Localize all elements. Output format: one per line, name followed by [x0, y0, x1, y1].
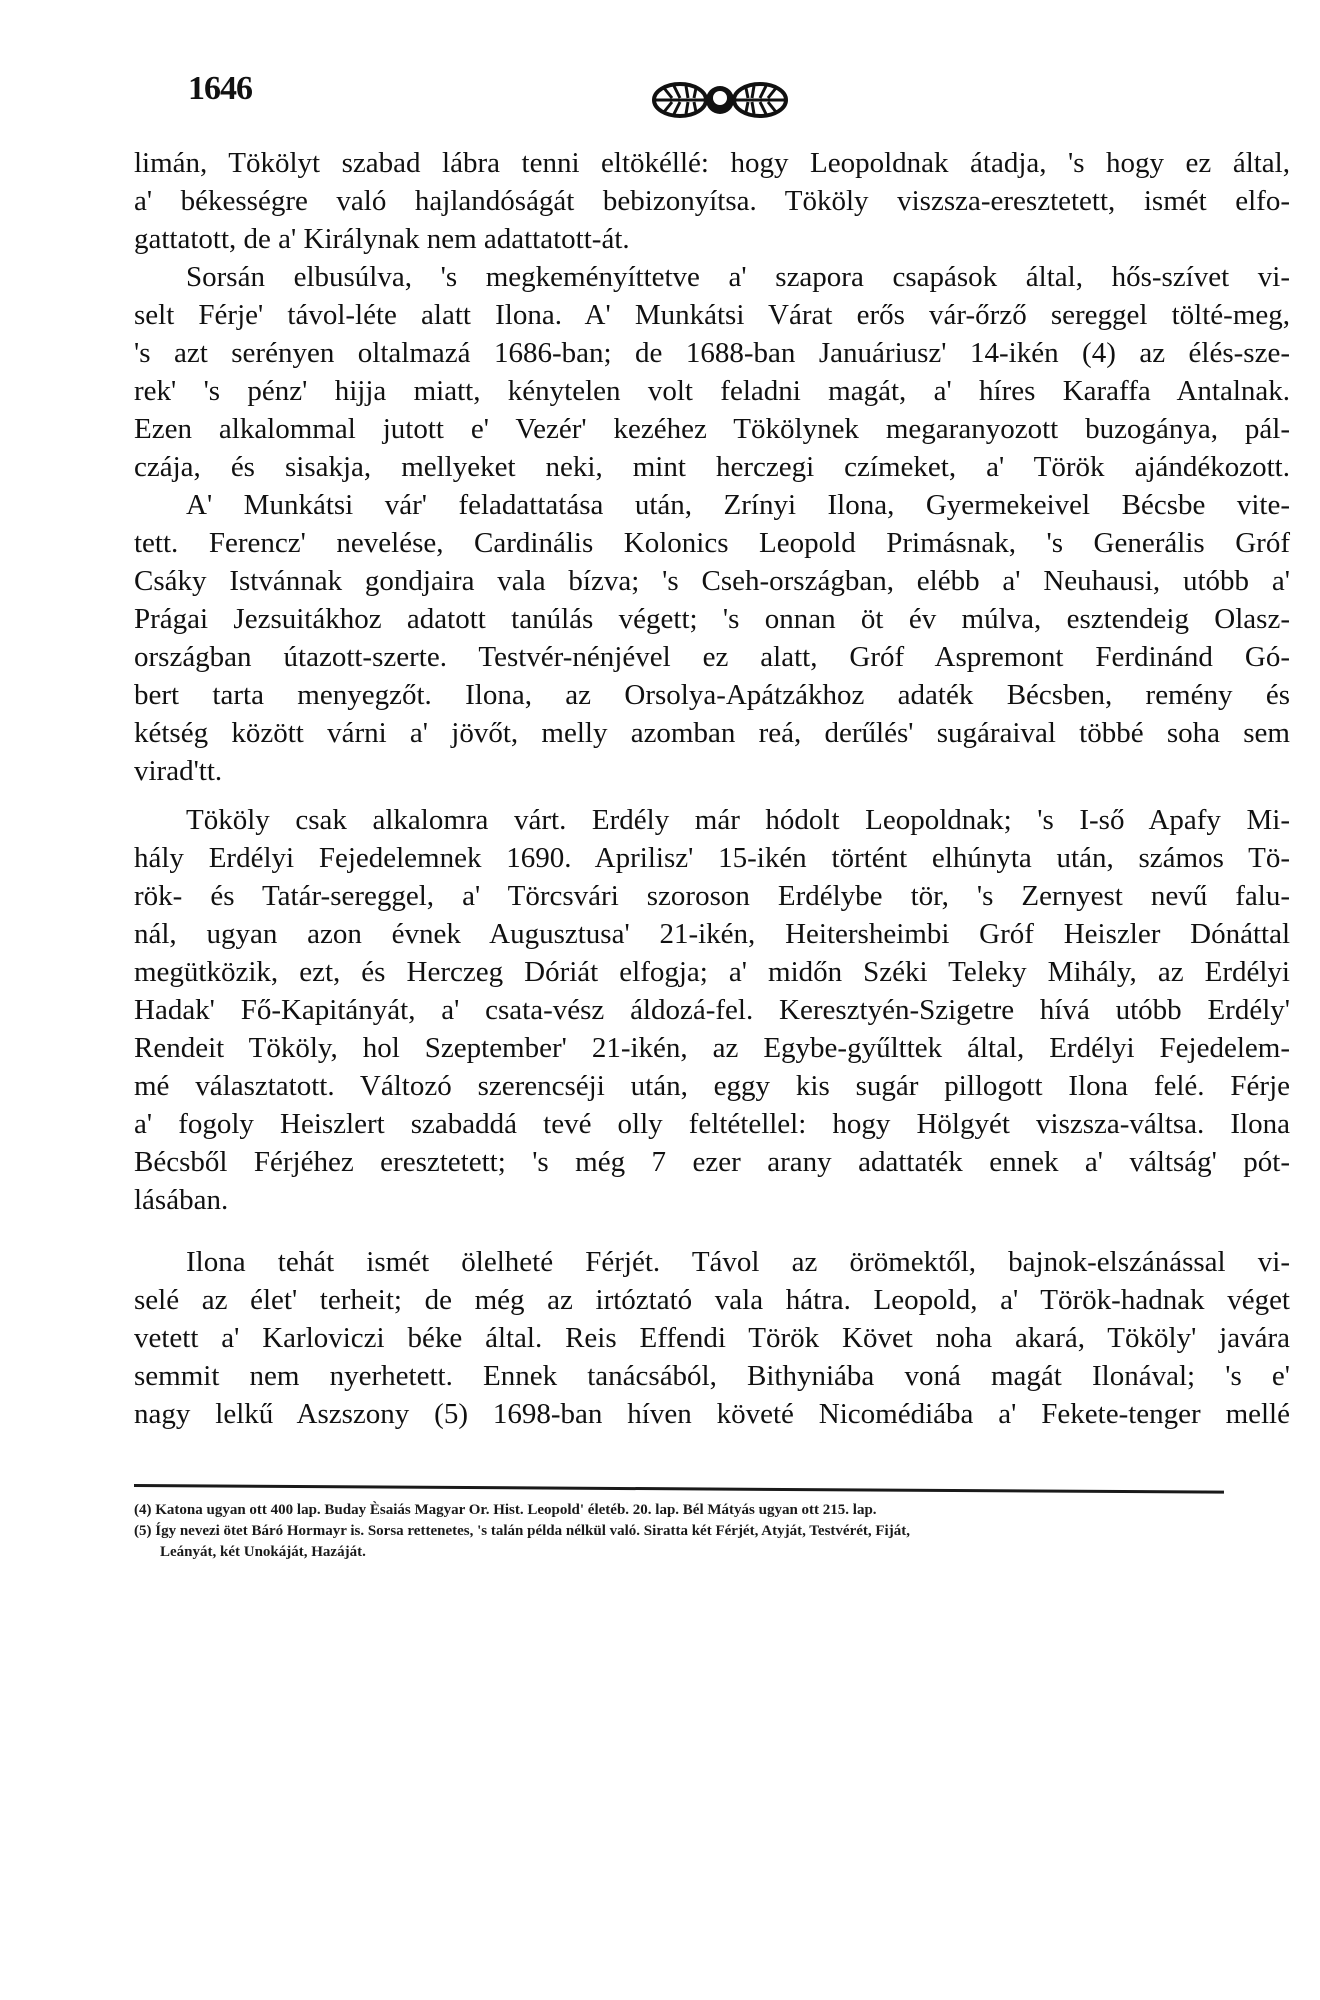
text-line: országban útazott-szerte. Testvér-nénjév… — [134, 639, 1290, 675]
text-line: limán, Tökölyt szabad lábra tenni eltöké… — [134, 145, 1290, 181]
text-line: A' Munkátsi vár' feladattatása után, Zrí… — [186, 487, 1290, 523]
footnote-5: (5) Így nevezi ötet Báró Hormayr is. Sor… — [134, 1521, 910, 1541]
text-line: gattatott, de a' Királynak nem adattatot… — [134, 221, 1290, 257]
text-line: Csáky Istvánnak gondjaira vala bízva; 's… — [134, 563, 1290, 599]
text-line: semmit nem nyerhetett. Ennek tanácsából,… — [134, 1358, 1290, 1394]
text-line: bert tarta menyegzőt. Ilona, az Orsolya-… — [134, 677, 1290, 713]
text-line: Hadak' Fő-Kapitányát, a' csata-vész áldo… — [134, 992, 1290, 1028]
text-line: Prágai Jezsuitákhoz adatott tanúlás vége… — [134, 601, 1290, 637]
text-line: Bécsből Férjéhez eresztetett; 's még 7 e… — [134, 1144, 1290, 1180]
footnote-5-continuation: Leányát, két Unokáját, Hazáját. — [160, 1542, 366, 1562]
text-line — [134, 1434, 1290, 1470]
footnote-4: (4) Katona ugyan ott 400 lap. Buday Èsai… — [134, 1500, 877, 1520]
text-line: nagy lelkű Aszszony (5) 1698-ban híven k… — [134, 1396, 1290, 1432]
text-line: selt Férje' távol-léte alatt Ilona. A' M… — [134, 297, 1290, 333]
text-line: a' békességre való hajlandóságát bebizon… — [134, 183, 1290, 219]
floral-ornament-icon — [650, 78, 790, 122]
text-line: selé az élet' terheit; de még az irtózta… — [134, 1282, 1290, 1318]
footnote-divider — [134, 1484, 1224, 1494]
text-line: kétség között várni a' jövőt, melly azom… — [134, 715, 1290, 751]
text-line: rek' 's pénz' hijja miatt, kénytelen vol… — [134, 373, 1290, 409]
text-line: Sorsán elbusúlva, 's megkeményíttetve a'… — [186, 259, 1290, 295]
text-line: Ezen alkalommal jutott e' Vezér' kezéhez… — [134, 411, 1290, 447]
text-line: virad'tt. — [134, 753, 1290, 789]
text-line: Tököly csak alkalomra várt. Erdély már h… — [186, 802, 1290, 838]
text-line: Rendeit Tököly, hol Szeptember' 21-ikén,… — [134, 1030, 1290, 1066]
page-number: 1646 — [188, 70, 252, 108]
text-line: lásában. — [134, 1182, 1290, 1218]
text-line: hály Erdélyi Fejedelemnek 1690. Aprilisz… — [134, 840, 1290, 876]
text-line: Ilona tehát ismét ölelheté Férjét. Távol… — [186, 1244, 1290, 1280]
text-line: rök- és Tatár-sereggel, a' Törcsvári szo… — [134, 878, 1290, 914]
text-line: 's azt serényen oltalmazá 1686-ban; de 1… — [134, 335, 1290, 371]
text-line: nál, ugyan azon évnek Augusztusa' 21-iké… — [134, 916, 1290, 952]
text-line: megütközik, ezt, és Herczeg Dóriát elfog… — [134, 954, 1290, 990]
text-line: czája, és sisakja, mellyeket neki, mint … — [134, 449, 1290, 485]
text-line: mé választatott. Változó szerencséji utá… — [134, 1068, 1290, 1104]
text-line: vetett a' Karloviczi béke által. Reis Ef… — [134, 1320, 1290, 1356]
text-line: a' fogoly Heiszlert szabaddá tevé olly f… — [134, 1106, 1290, 1142]
text-line: tett. Ferencz' nevelése, Cardinális Kolo… — [134, 525, 1290, 561]
